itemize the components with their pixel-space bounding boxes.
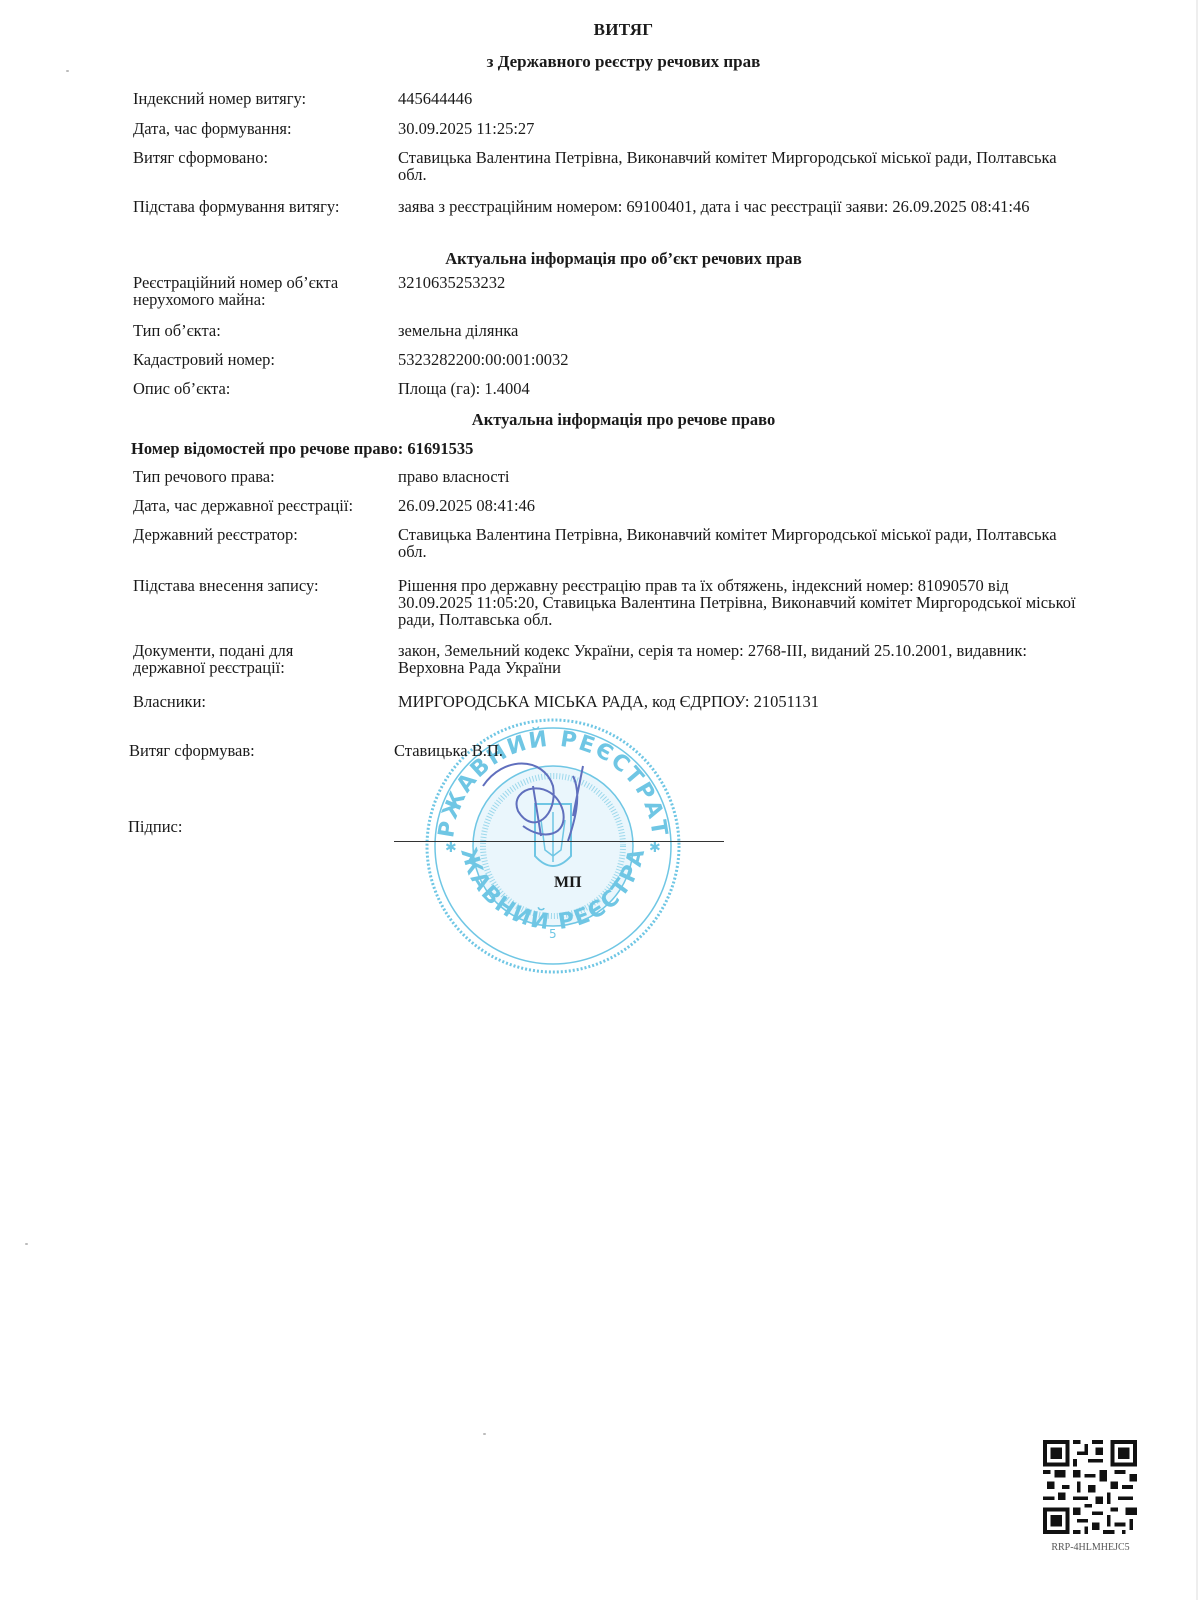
field-value: 5323282200:00:001:0032 bbox=[398, 351, 1068, 368]
field-label: Опис об’єкта: bbox=[133, 380, 393, 397]
field-value: 26.09.2025 08:41:46 bbox=[398, 497, 1068, 514]
scan-speck bbox=[25, 1243, 28, 1245]
field-value: право власності bbox=[398, 468, 1068, 485]
field-label: Реєстраційний номер об’єкта нерухомого м… bbox=[133, 274, 373, 308]
scan-speck bbox=[66, 70, 69, 72]
field-label: Витяг сформовано: bbox=[133, 149, 393, 166]
field-label: Підстава формування витягу: bbox=[133, 198, 393, 215]
field-value: 445644446 bbox=[398, 90, 1068, 107]
field-label: Документи, подані для державної реєстрац… bbox=[133, 642, 333, 676]
document-subtitle: з Державного реєстру речових прав bbox=[0, 52, 1200, 72]
field-label: Дата, час формування: bbox=[133, 120, 393, 137]
field-label: Тип об’єкта: bbox=[133, 322, 393, 339]
field-label: Дата, час державної реєстрації: bbox=[133, 497, 403, 514]
field-label: Витяг сформував: bbox=[129, 742, 389, 759]
field-value: Ставицька Валентина Петрівна, Виконавчий… bbox=[398, 149, 1068, 183]
qr-code-label: RRP-4HLMHEJC5 bbox=[1043, 1542, 1138, 1553]
scan-speck bbox=[483, 1433, 486, 1435]
seal-mark: МП bbox=[554, 874, 582, 892]
field-value: Ставицька В.П. bbox=[394, 742, 1064, 759]
svg-text:✱: ✱ bbox=[445, 840, 457, 856]
signature-line bbox=[394, 841, 724, 842]
field-label: Власники: bbox=[133, 693, 393, 710]
svg-text:✱: ✱ bbox=[649, 840, 661, 856]
record-number: Номер відомостей про речове право: 61691… bbox=[131, 439, 473, 459]
field-label: Індексний номер витягу: bbox=[133, 90, 393, 107]
field-label: Підпис: bbox=[128, 818, 388, 835]
field-value: Ставицька Валентина Петрівна, Виконавчий… bbox=[398, 526, 1068, 560]
field-label: Державний реєстратор: bbox=[133, 526, 393, 543]
field-value: 3210635253232 bbox=[398, 274, 1068, 291]
field-value: Рішення про державну реєстрацію прав та … bbox=[398, 577, 1078, 628]
document-title: ВИТЯГ bbox=[0, 20, 1200, 40]
section-heading-right: Актуальна інформація про речове право bbox=[0, 410, 1200, 430]
field-value: закон, Земельний кодекс України, серія т… bbox=[398, 642, 1058, 676]
svg-text:5: 5 bbox=[549, 927, 557, 941]
field-value: Площа (га): 1.4004 bbox=[398, 380, 1068, 397]
qr-code-icon bbox=[1043, 1440, 1137, 1534]
field-label: Кадастровий номер: bbox=[133, 351, 393, 368]
field-value: земельна ділянка bbox=[398, 322, 1068, 339]
field-label: Тип речового права: bbox=[133, 468, 393, 485]
field-label: Підстава внесення запису: bbox=[133, 577, 393, 594]
field-value: МИРГОРОДСЬКА МІСЬКА РАДА, код ЄДРПОУ: 21… bbox=[398, 693, 1068, 710]
document-page: ВИТЯГ з Державного реєстру речових прав … bbox=[0, 0, 1200, 1600]
scan-edge bbox=[1196, 0, 1198, 1600]
section-heading-object: Актуальна інформація про об’єкт речових … bbox=[0, 249, 1200, 269]
field-value: 30.09.2025 11:25:27 bbox=[398, 120, 1068, 137]
field-value: заява з реєстраційним номером: 69100401,… bbox=[398, 198, 1068, 215]
